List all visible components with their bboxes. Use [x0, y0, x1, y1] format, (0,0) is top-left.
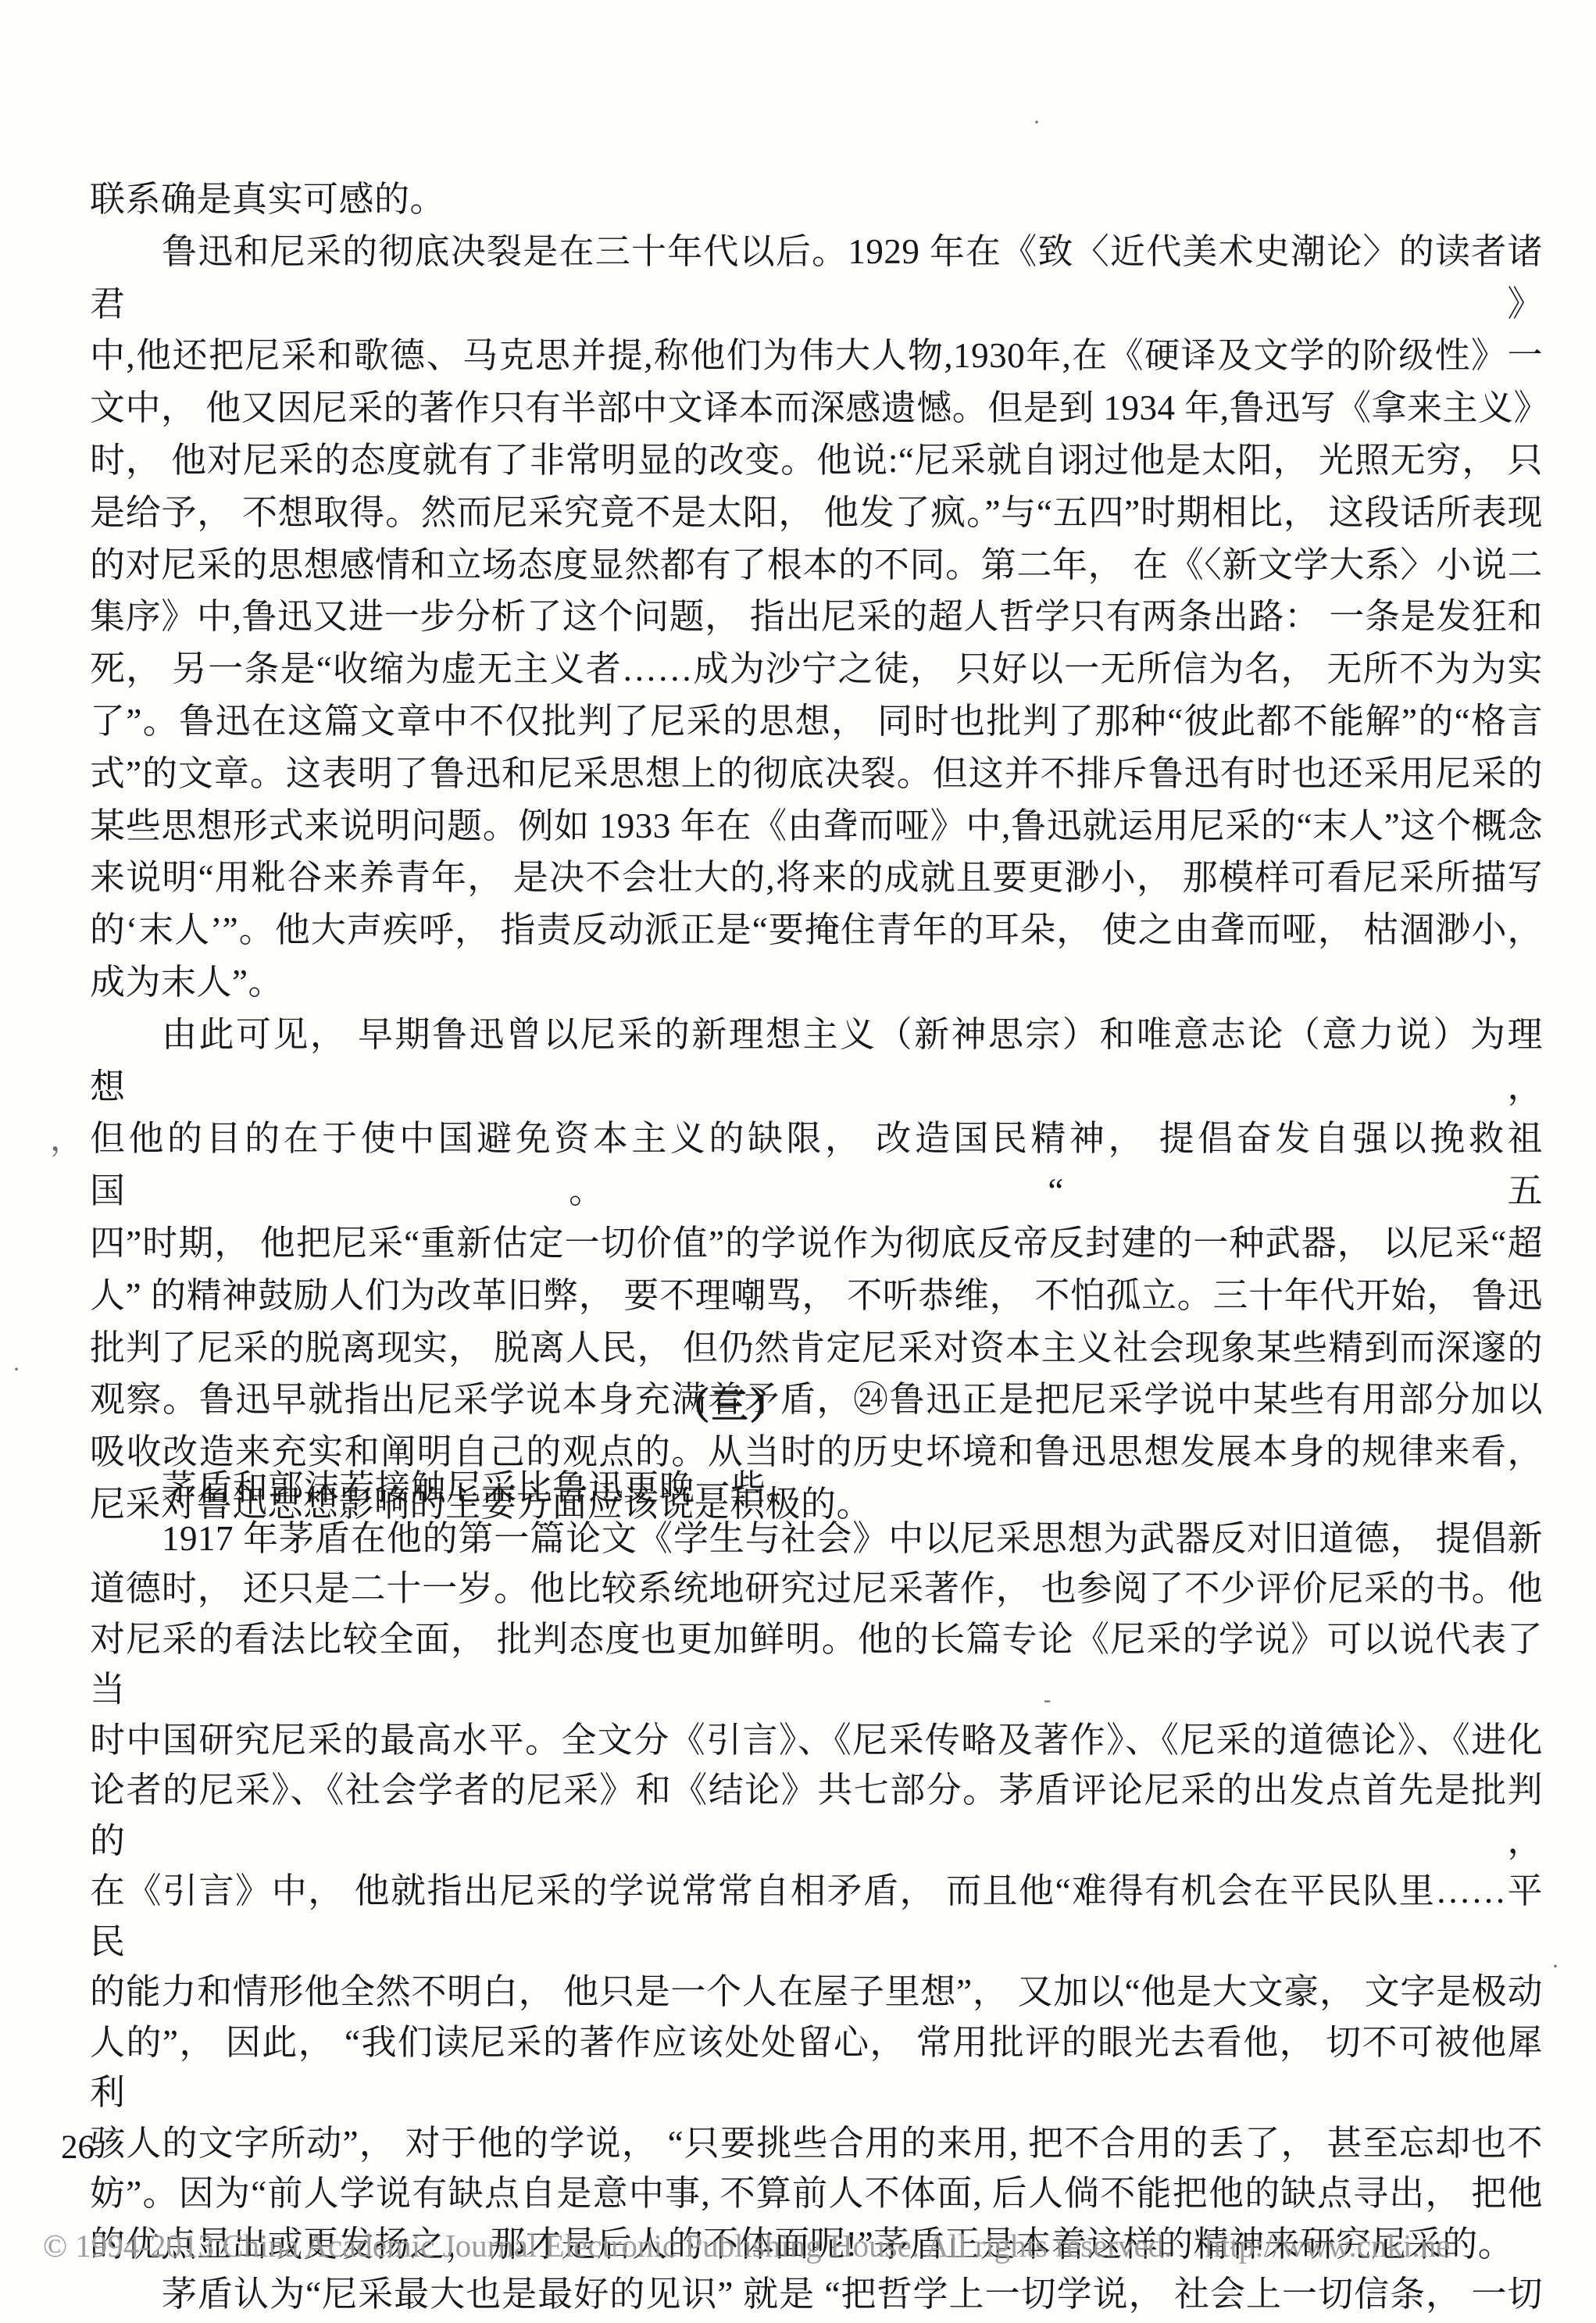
text-line: 论者的尼采》、《社会学者的尼采》和《结论》共七部分。茅盾评论尼采的出发点首先是批… — [90, 1765, 1543, 1866]
text-line: 的‘末人’”。他大声疾呼， 指责反动派正是“要掩住青年的耳朵， 使之由聋而哑， … — [90, 904, 1543, 956]
text-line: 对尼采的看法比较全面， 批判态度也更加鲜明。他的长篇专论《尼采的学说》可以说代表… — [90, 1614, 1543, 1715]
scan-artifact: ， — [50, 1124, 83, 1156]
scan-artifact: · — [12, 1358, 20, 1381]
text-line: 人的”， 因此， “我们读尼采的著作应该处处留心， 常用批评的眼光去看他， 切不… — [90, 2017, 1543, 2118]
text-line: 集序》中,鲁迅又进一步分析了这个问题， 指出尼采的超人哲学只有两条出路： 一条是… — [90, 591, 1543, 643]
text-line: 四”时期， 他把尼采“重新估定一切价值”的学说作为彻底反帝反封建的一种武器， 以… — [90, 1217, 1543, 1270]
section-heading: （三） — [90, 1378, 1371, 1430]
text-line: 时中国研究尼采的最高水平。全文分《引言》、《尼采传略及著作》、《尼采的道德论》、… — [90, 1715, 1543, 1766]
text-line: 但他的目的在于使中国避免资本主义的缺限， 改造国民精神， 提倡奋发自强以挽救祖国… — [90, 1113, 1543, 1217]
text-line: 鲁迅和尼采的彻底决裂是在三十年代以后。1929 年在《致〈近代美术史潮论〉的读者… — [90, 226, 1543, 331]
footer-copyright: © 1994-2013 China Academic Journal Elect… — [43, 2228, 1172, 2264]
text-line: 来说明“用粃谷来养青年， 是决不会壮大的,将来的成就且要更渺小， 那模样可看尼采… — [90, 852, 1543, 904]
footer-url: http://www.cnki.ne — [1205, 2228, 1450, 2264]
text-line: 成为末人”。 — [90, 956, 1543, 1009]
scanned-journal-page: 联系确是真实可感的。 鲁迅和尼采的彻底决裂是在三十年代以后。1929 年在《致〈… — [0, 0, 1596, 2323]
text-line: 人” 的精神鼓励人们为改革旧弊， 要不理嘲骂， 不听恭维， 不怕孤立。三十年代开… — [90, 1270, 1543, 1322]
text-line: 茅盾和郭沫若接触尼采比鲁迅更晚一些。 — [90, 1463, 1543, 1514]
text-line: 中,他还把尼采和歌德、马克思并提,称他们为伟大人物,1930年,在《硬译及文学的… — [90, 330, 1543, 382]
text-line: 茅盾认为“尼采最大也是最好的见识” 就是 “把哲学上一切学说， 社会上一切信条，… — [90, 2269, 1543, 2320]
text-line: 由此可见， 早期鲁迅曾以尼采的新理想主义（新神思宗）和唯意志论（意力说）为理想， — [90, 1009, 1543, 1113]
text-line: 联系确是真实可感的。 — [90, 173, 1543, 226]
text-line: 了”。鲁迅在这篇文章中不仅批判了尼采的思想， 同时也批判了那种“彼此都不能解”的… — [90, 695, 1543, 748]
text-line: 在《引言》中， 他就指出尼采的学说常常自相矛盾， 而且他“难得有机会在平民队里…… — [90, 1866, 1543, 1967]
text-line: 某些思想形式来说明问题。例如 1933 年在《由聋而哑》中,鲁迅就运用尼采的“末… — [90, 800, 1543, 852]
text-line: 式”的文章。这表明了鲁迅和尼采思想上的彻底决裂。但这并不排斥鲁迅有时也还采用尼采… — [90, 748, 1543, 800]
text-line: 时， 他对尼采的态度就有了非常明显的改变。他说:“尼采就自诩过他是太阳， 光照无… — [90, 434, 1543, 487]
scan-artifact: · — [1033, 111, 1041, 134]
text-line: 批判了尼采的脱离现实， 脱离人民， 但仍然肯定尼采对资本主义社会现象某些精到而深… — [90, 1322, 1543, 1374]
text-line: 道德时， 还只是二十一岁。他比较系统地研究过尼采著作， 也参阅了不少评价尼采的书… — [90, 1564, 1543, 1614]
page-number: 26 — [61, 2128, 95, 2167]
body-text-lower: 茅盾和郭沫若接触尼采比鲁迅更晚一些。 1917 年茅盾在他的第一篇论文《学生与社… — [90, 1463, 1543, 2320]
text-line: 1917 年茅盾在他的第一篇论文《学生与社会》中以尼采思想为武器反对旧道德， 提… — [90, 1514, 1543, 1564]
body-text-upper: 联系确是真实可感的。 鲁迅和尼采的彻底决裂是在三十年代以后。1929 年在《致〈… — [90, 173, 1543, 1531]
text-line: 的对尼采的思想感情和立场态度显然都有了根本的不同。第二年， 在《〈新文学大系〉小… — [90, 539, 1543, 591]
scan-artifact: - — [1044, 1689, 1051, 1711]
text-line: 死， 另一条是“收缩为虚无主义者……成为沙宁之徒， 只好以一无所信为名， 无所不… — [90, 643, 1543, 695]
text-line: 骇人的文字所动”， 对于他的学说， “只要挑些合用的来用, 把不合用的丢了， 甚… — [90, 2118, 1543, 2169]
footer-copyright-line: © 1994-2013 China Academic Journal Elect… — [43, 2227, 1596, 2264]
text-line: 妨”。因为“前人学说有缺点自是意中事, 不算前人不体面, 后人倘不能把他的缺点寻… — [90, 2168, 1543, 2219]
text-line: 是给予， 不想取得。然而尼采究竟不是太阳， 他发了疯。”与“五四”时期相比， 这… — [90, 487, 1543, 539]
scan-artifact: · — [1551, 1955, 1559, 1978]
text-line: 文中， 他又因尼采的著作只有半部中文译本而深感遗憾。但是到 1934 年,鲁迅写… — [90, 382, 1543, 434]
text-line: 的能力和情形他全然不明白， 他只是一个人在屋子里想”， 又加以“他是大文豪， 文… — [90, 1967, 1543, 2017]
